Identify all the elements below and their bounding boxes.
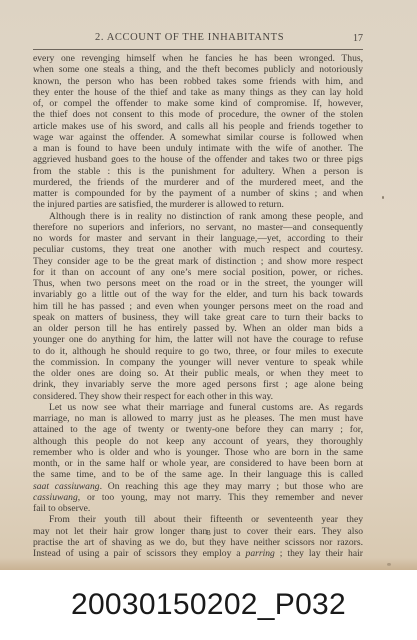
header-rule	[33, 49, 363, 50]
text-line: wage war against the offender. A somewha…	[33, 132, 363, 143]
text-line: article makes use of his sword, and call…	[33, 121, 363, 132]
text-line: speak on matters of business, they will …	[33, 312, 363, 323]
text-line: they enter the house of the thief and ta…	[33, 87, 363, 98]
text-line: to do it, although he should require to …	[33, 346, 363, 357]
text-line: from the stable : this is the punishment…	[33, 166, 363, 177]
text-line: the older ones are doing so. At their pu…	[33, 368, 363, 379]
italic-term: parring	[246, 548, 275, 559]
text-line: considered. They show their respect for …	[33, 391, 363, 402]
paragraph-start-line: From their youth till about their fiftee…	[33, 514, 363, 525]
page-number: 17	[353, 33, 363, 44]
paper-speck	[382, 196, 384, 199]
text-line: the commission. In company the younger w…	[33, 357, 363, 368]
text-line: Instead of using a pair of scissors they…	[33, 548, 363, 559]
text-line: matter is compounded for by the payment …	[33, 188, 363, 199]
text-line: aggrieved husband goes to the house of t…	[33, 154, 363, 165]
paper-speck	[387, 563, 391, 566]
signature-mark: B	[0, 529, 417, 537]
text-line: saat cassiuwang. On reaching this age th…	[33, 481, 363, 492]
paper-speck	[218, 544, 220, 546]
running-head: 2. ACCOUNT OF THE INHABITANTS 17	[33, 32, 363, 46]
text-line: for it than on account of any one’s mere…	[33, 267, 363, 278]
text-line: known, the person who has been robbed ta…	[33, 76, 363, 87]
text-line: invariably go a little out of the way fo…	[33, 289, 363, 300]
text-line: him till he has passed ; and even when y…	[33, 301, 363, 312]
text-line: month, or in the same half or whole year…	[33, 458, 363, 469]
text-line: every one revenging himself when he fanc…	[33, 53, 363, 64]
image-caption: 20030150202_P032	[0, 570, 417, 640]
text-line: fail to observe.	[33, 503, 363, 514]
text-line: although this people do not keep any acc…	[33, 436, 363, 447]
text-line: drink, they invariably serve the more ag…	[33, 379, 363, 390]
text-line: an older person till he has entirely pas…	[33, 323, 363, 334]
text-run: ; they lay their hair	[275, 548, 363, 559]
text-line: Thus, when two persons meet on the road …	[33, 278, 363, 289]
text-run: , or too young, may not marry. This they…	[78, 492, 363, 503]
text-line: no words for master and servant in their…	[33, 233, 363, 244]
text-line: remember who is older and who is younger…	[33, 447, 363, 458]
paragraph-start-line: Let us now see what their marriage and f…	[33, 402, 363, 413]
text-line: cassiuwang, or too young, may not marry.…	[33, 492, 363, 503]
italic-term: saat cassiuwang	[33, 481, 100, 492]
text-line: attained to the age of twenty or twenty-…	[33, 424, 363, 435]
text-line: peculiar customs, they treat one another…	[33, 244, 363, 255]
chapter-title: 2. ACCOUNT OF THE INHABITANTS	[95, 32, 284, 43]
text-line: when some one steals a thing, and the th…	[33, 64, 363, 75]
italic-term: cassiuwang	[33, 492, 78, 503]
text-line: a man is found to have been unduly intim…	[33, 143, 363, 154]
text-line: the same time, and to be of the same age…	[33, 469, 363, 480]
text-line: therefore no superiors and inferiors, no…	[33, 222, 363, 233]
paragraph-start-line: Although there is in reality no distinct…	[33, 211, 363, 222]
text-line: of, or compel the offender to make some …	[33, 98, 363, 109]
scanned-book-page: 2. ACCOUNT OF THE INHABITANTS 17 every o…	[0, 0, 417, 570]
text-run: . On reaching this age they may marry ; …	[100, 481, 363, 492]
text-line: marriage, no man is allowed to marry jus…	[33, 413, 363, 424]
text-line: the injured parties are satisfied, the m…	[33, 199, 363, 210]
text-line: They consider age to be the great mark o…	[33, 256, 363, 267]
text-line: murdered, the friends of the murderer an…	[33, 177, 363, 188]
text-line: younger one do anything for him, the lat…	[33, 334, 363, 345]
text-line: the thief does not consent to this mode …	[33, 109, 363, 120]
text-line: practise the art of shaving as we do, bu…	[33, 537, 363, 548]
body-text: every one revenging himself when he fanc…	[33, 53, 363, 559]
text-run: Instead of using a pair of scissors they…	[33, 548, 246, 559]
